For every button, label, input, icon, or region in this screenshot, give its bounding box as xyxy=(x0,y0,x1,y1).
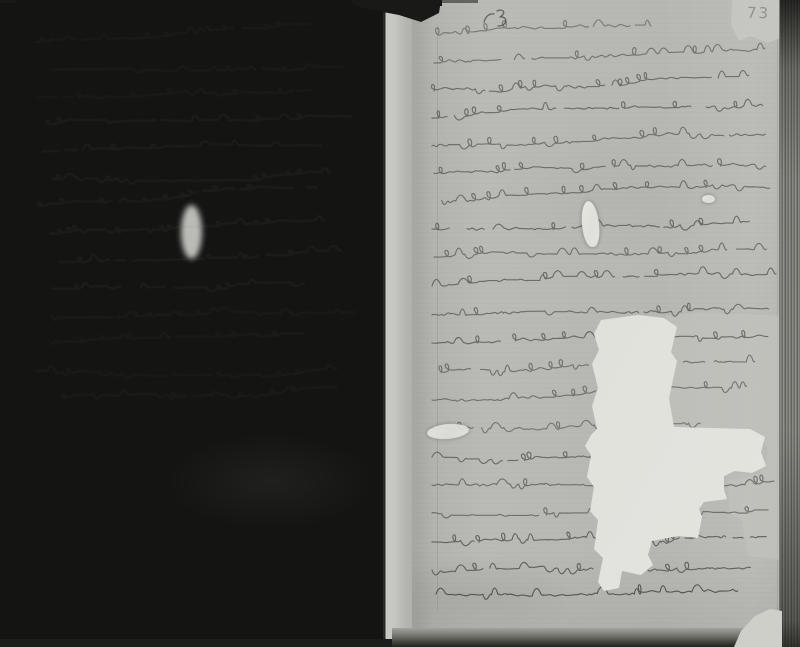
top-edge-shadow xyxy=(438,0,478,3)
bleedthrough-line xyxy=(37,366,337,378)
manuscript-scan: 73 xyxy=(0,0,800,647)
handwriting-line xyxy=(432,303,768,316)
bleedthrough-line xyxy=(36,22,313,42)
page-number: 73 xyxy=(747,4,771,23)
bleedthrough-line xyxy=(62,387,337,399)
bleedthrough-line xyxy=(60,246,341,263)
bleedthrough-line xyxy=(54,64,342,72)
handwriting-line xyxy=(714,475,783,486)
handwriting-line xyxy=(432,127,765,149)
bleedthrough-line xyxy=(52,168,330,184)
handwriting-line xyxy=(432,562,593,575)
handwriting-line xyxy=(434,159,766,174)
handwriting-line xyxy=(432,382,747,401)
handwriting-line xyxy=(434,43,765,63)
handwriting-layer xyxy=(0,0,800,647)
handwriting-line xyxy=(442,180,770,204)
bleedthrough-line xyxy=(47,114,351,124)
bottom-board-edge xyxy=(0,639,392,647)
bleedthrough-line xyxy=(53,279,308,291)
handwriting-line xyxy=(436,585,745,599)
fore-edge-pages xyxy=(780,0,800,647)
handwriting-line xyxy=(432,508,599,518)
handwriting-line xyxy=(435,20,651,35)
bleedthrough-line xyxy=(50,216,324,234)
handwriting-line xyxy=(432,99,763,120)
handwriting-line xyxy=(432,267,776,287)
handwriting-line xyxy=(431,71,748,94)
repair-speck xyxy=(702,195,715,203)
bleedthrough-line xyxy=(37,185,317,207)
bleedthrough-line xyxy=(43,141,321,152)
bleedthrough-line xyxy=(39,88,311,98)
top-edge-mark xyxy=(0,0,16,3)
handwriting-line xyxy=(434,243,766,258)
handwriting-line xyxy=(648,562,769,572)
bleedthrough-line xyxy=(51,332,304,344)
bleedthrough-line xyxy=(51,308,354,320)
handwriting-line xyxy=(432,479,613,489)
handwriting-line xyxy=(432,452,597,464)
handwriting-line xyxy=(432,532,603,546)
bottom-page-stack-edge xyxy=(392,628,782,647)
